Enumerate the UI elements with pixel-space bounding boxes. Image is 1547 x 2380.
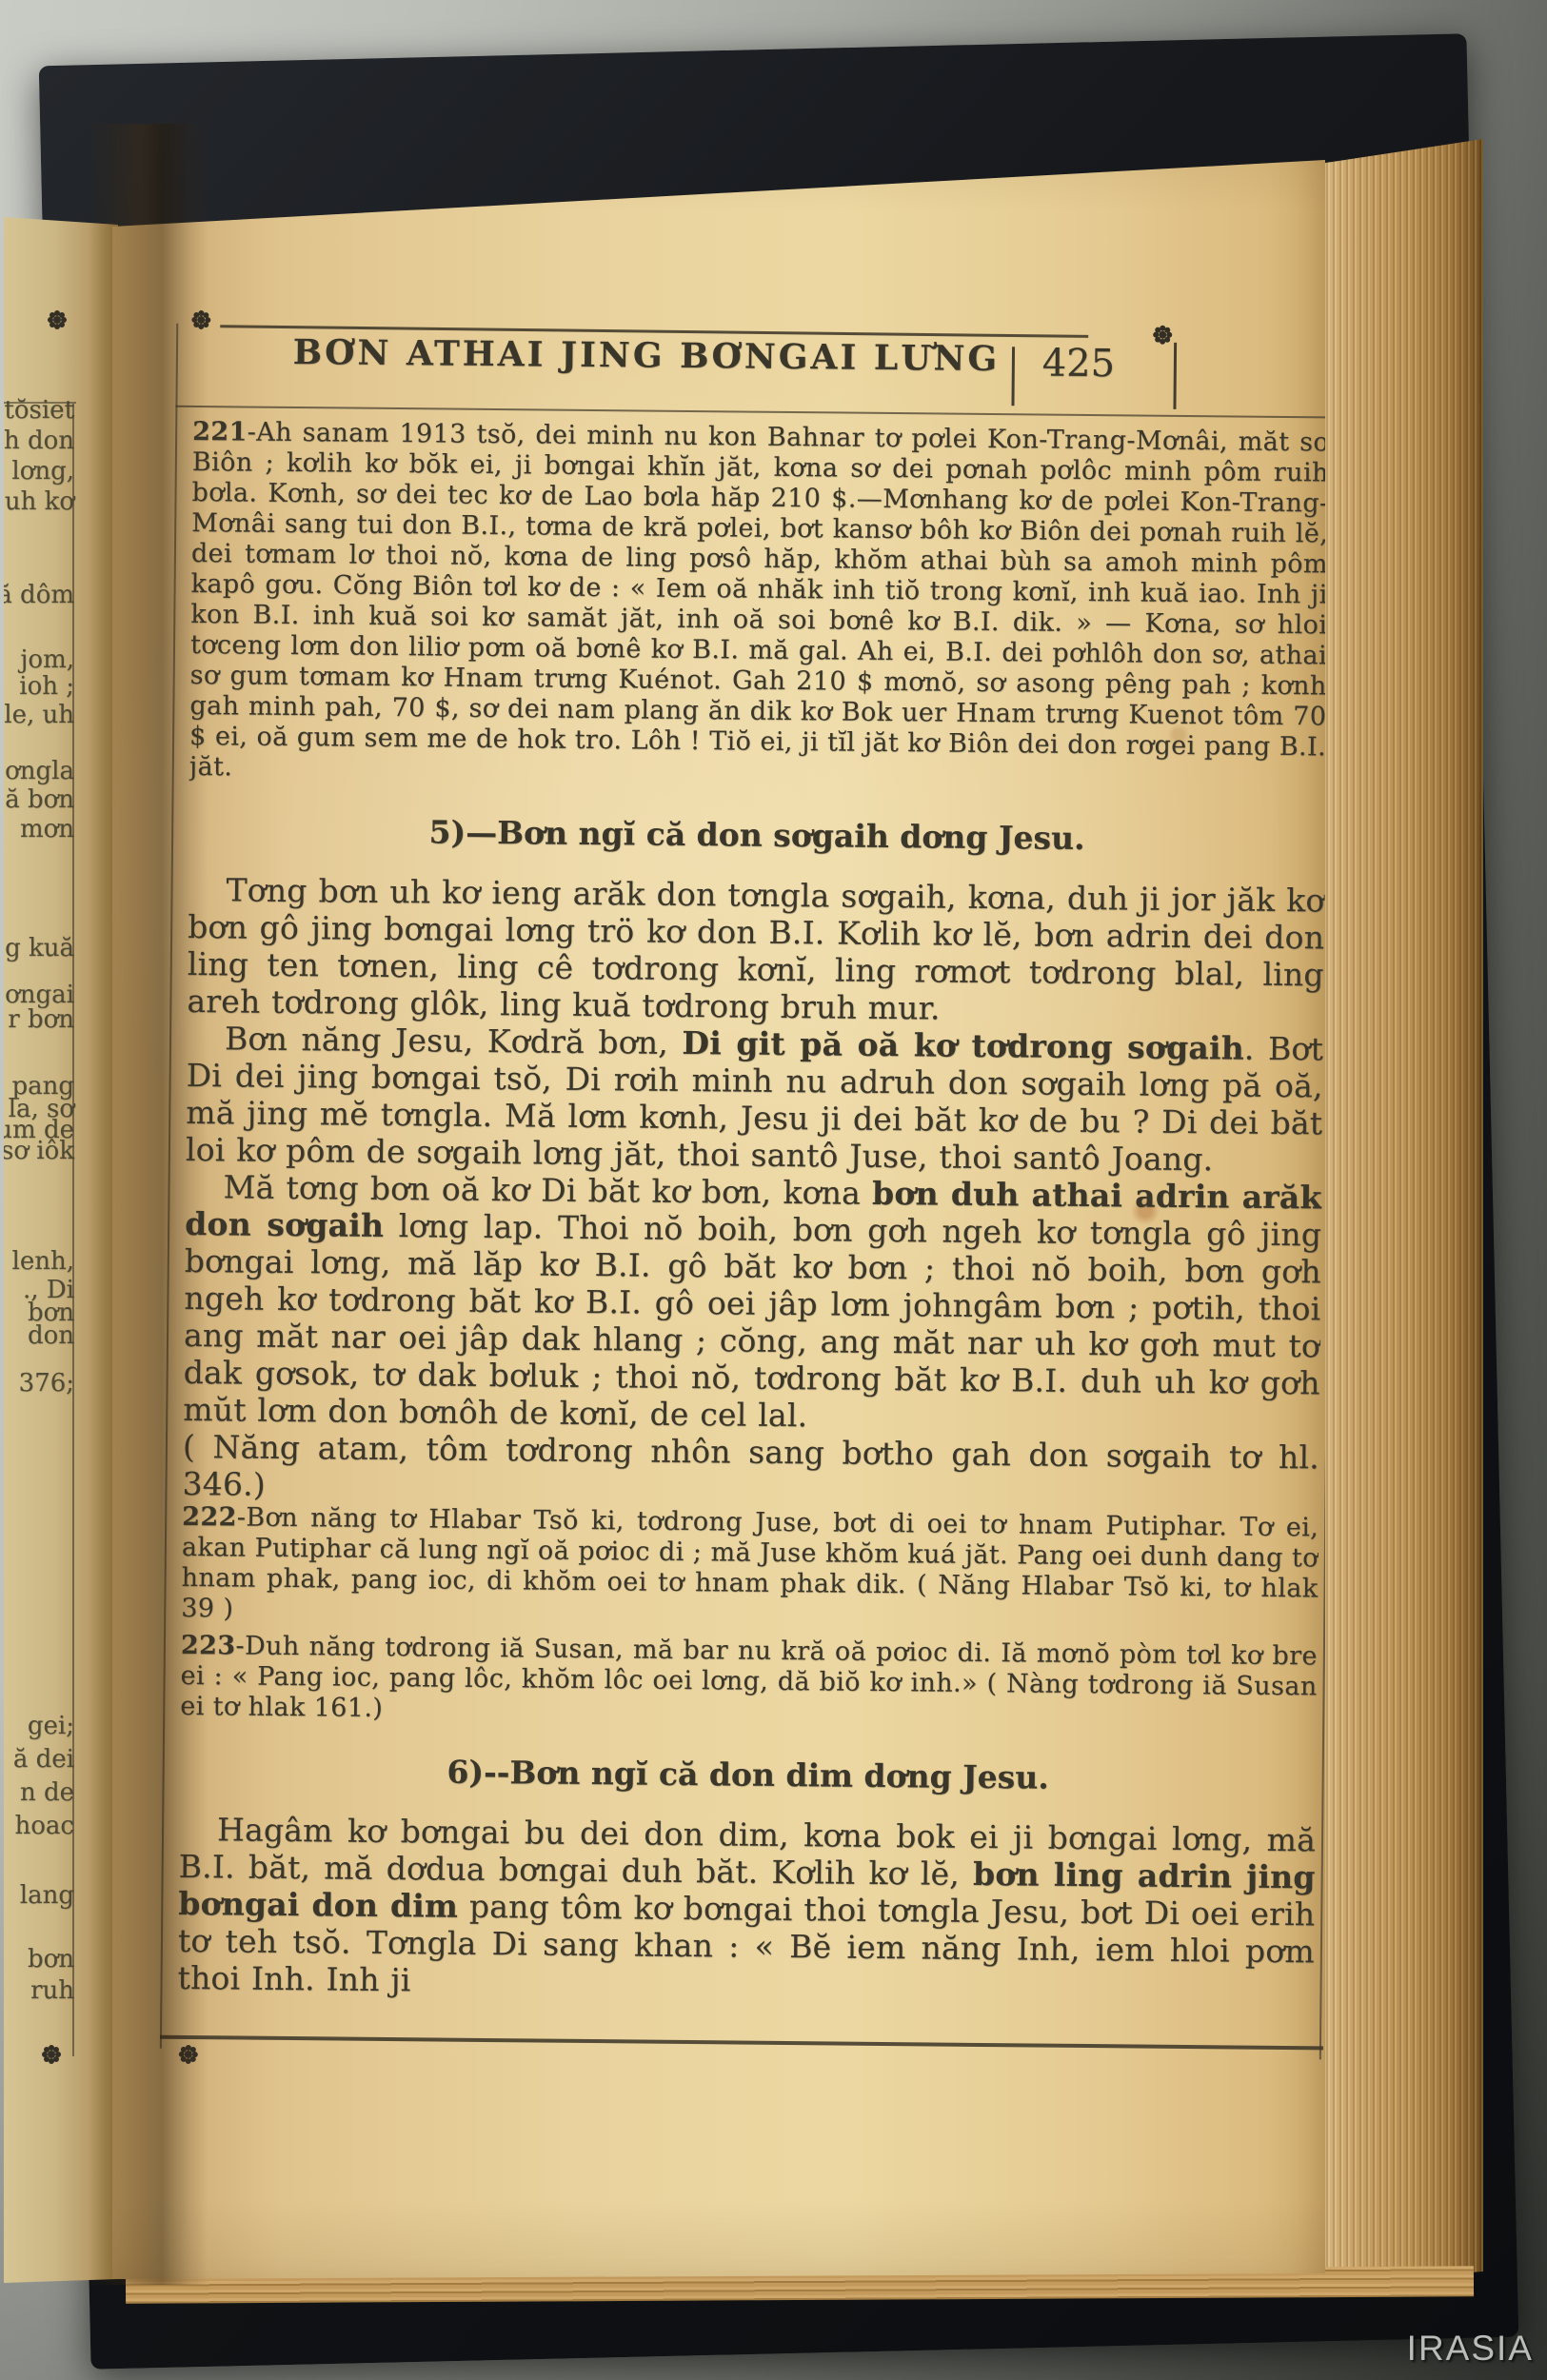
text-run: ( Năng atam, tôm tơdrong nhôn sang bơtho… <box>182 1428 1319 1503</box>
adjacent-page-text-fragment: bơn <box>28 1947 74 1972</box>
adjacent-page-text-fragment: g kuă <box>5 936 74 961</box>
text-paragraph: ( Năng atam, tôm tơdrong nhôn sang bơtho… <box>182 1428 1319 1513</box>
section-heading: 6)--Bơn ngĭ că don dim dơng Jesu. <box>180 1751 1317 1798</box>
text-run: Tơng bơn uh kơ ieng arăk don tơngla sơga… <box>187 871 1324 1026</box>
running-title: BƠN ATHAI JING BƠNGAI LƯNG <box>275 332 1018 379</box>
adjacent-page-text-fragment: lơng, <box>11 459 74 484</box>
main-page: BƠN ATHAI JING BƠNGAI LƯNG 425 221-Ah sa… <box>112 126 1325 2285</box>
adjacent-page-text-fragment: mơn <box>20 817 74 842</box>
text-run: -Duh năng tơdrong iă Susan, mă bar nu kr… <box>180 1631 1318 1722</box>
bold-text-run: Di git pă oă kơ tơdrong sơgaih <box>682 1024 1244 1067</box>
flower-ornament-icon <box>185 2051 192 2058</box>
watermark: IRASIA <box>1407 2329 1534 2369</box>
adjacent-page-text-fragment: tŏsiet <box>4 398 74 423</box>
adjacent-page-text-fragment: gei; <box>28 1714 74 1738</box>
adjacent-page-text-fragment: lenh, <box>12 1249 74 1274</box>
text-paragraph: Tơng bơn uh kơ ieng arăk don tơngla sơga… <box>187 871 1324 1030</box>
flower-ornament-icon <box>1159 331 1166 339</box>
text-run: -Bơn năng tơ Hlabar Tsŏ ki, tơdrong Juse… <box>181 1502 1319 1623</box>
flower-ornament-icon <box>48 2051 55 2058</box>
text-run: Bơn năng Jesu, Kơdră bơn, <box>225 1020 683 1061</box>
adjacent-page-text-fragment: don <box>28 1323 74 1348</box>
text-paragraph: Bơn năng Jesu, Kơdră bơn, Di git pă oă k… <box>186 1020 1323 1179</box>
adjacent-page-text-fragment: h don <box>4 428 74 453</box>
adjacent-page-text-fragment: uh kơ <box>5 489 74 514</box>
header-underline-rule <box>175 406 1338 419</box>
text-frame-left-rule <box>160 324 178 2049</box>
flower-ornament-icon <box>53 316 61 324</box>
page-stack-fore-edge <box>1319 139 1483 2287</box>
adjacent-page-text-fragment: jom, <box>20 647 74 672</box>
text-column: 221-Ah sanam 1913 tsŏ, dei minh nu kon B… <box>177 417 1329 2042</box>
page-number-divider-left <box>1011 347 1015 406</box>
adjacent-page-text-fragment: lang <box>20 1883 74 1908</box>
bold-text-run: 223 <box>181 1631 236 1661</box>
adjacent-page-text-fragment: ơngai <box>5 982 74 1007</box>
adjacent-page-text-fragment: r bơn <box>8 1007 74 1032</box>
page-number-divider-right <box>1173 343 1177 409</box>
text-run: 5)—Bơn ngĭ că don sơgaih dơng Jesu. <box>428 813 1084 857</box>
adjacent-page-text-fragment: ă bơn <box>5 787 74 812</box>
text-paragraph: Hagâm kơ bơngai bu dei don dim, kơna bok… <box>177 1811 1316 2007</box>
text-run: 6)--Bơn ngĭ că don dim dơng Jesu. <box>446 1754 1049 1796</box>
text-run: Mă tơng bơn oă kơ Di băt kơ bơn, kơna <box>223 1168 872 1212</box>
section-heading: 5)—Bơn ngĭ că don sơgaih dơng Jesu. <box>188 811 1325 859</box>
adjacent-page-text-fragment: n de <box>20 1780 74 1805</box>
adjacent-page-text-fragment: ơngla <box>5 759 74 783</box>
bold-text-run: 222 <box>182 1502 237 1533</box>
adjacent-page-text-fragment: ruh <box>30 1978 74 2003</box>
text-paragraph: Mă tơng bơn oă kơ Di băt kơ bơn, kơna bơ… <box>183 1168 1322 1438</box>
page-number: 425 <box>1021 341 1136 386</box>
adjacent-page-text-fragment: 376; <box>19 1371 74 1396</box>
adjacent-page-text-fragment: hoac <box>15 1814 74 1838</box>
text-paragraph: 221-Ah sanam 1913 tsŏ, dei minh nu kon B… <box>189 417 1330 793</box>
adjacent-page-text-fragment: ă dôm <box>0 583 74 607</box>
text-paragraph: 223-Duh năng tơdrong iă Susan, mă bar nu… <box>180 1631 1318 1733</box>
text-run: -Ah sanam 1913 tsŏ, dei minh nu kon Bahn… <box>189 417 1330 782</box>
adjacent-page-text-fragment: ioh ; <box>19 674 74 699</box>
adjacent-page-edge: tŏsieth donlơng,uh kơă dômjom,ioh ;le, u… <box>4 126 118 2285</box>
flower-ornament-icon <box>197 316 205 324</box>
text-paragraph: 222-Bơn năng tơ Hlabar Tsŏ ki, tơdrong J… <box>181 1502 1319 1635</box>
adjacent-page-text-fragment: sơ iôk <box>1 1139 74 1163</box>
bold-text-run: 221 <box>192 417 248 447</box>
page-content: BƠN ATHAI JING BƠNGAI LƯNG 425 221-Ah sa… <box>94 125 1328 2295</box>
book-scan-photo: tŏsieth donlơng,uh kơă dômjom,ioh ;le, u… <box>0 0 1547 2380</box>
adjacent-page-text-fragment: le, uh <box>4 703 74 727</box>
adjacent-page-text-fragment: ă dei <box>13 1747 74 1772</box>
